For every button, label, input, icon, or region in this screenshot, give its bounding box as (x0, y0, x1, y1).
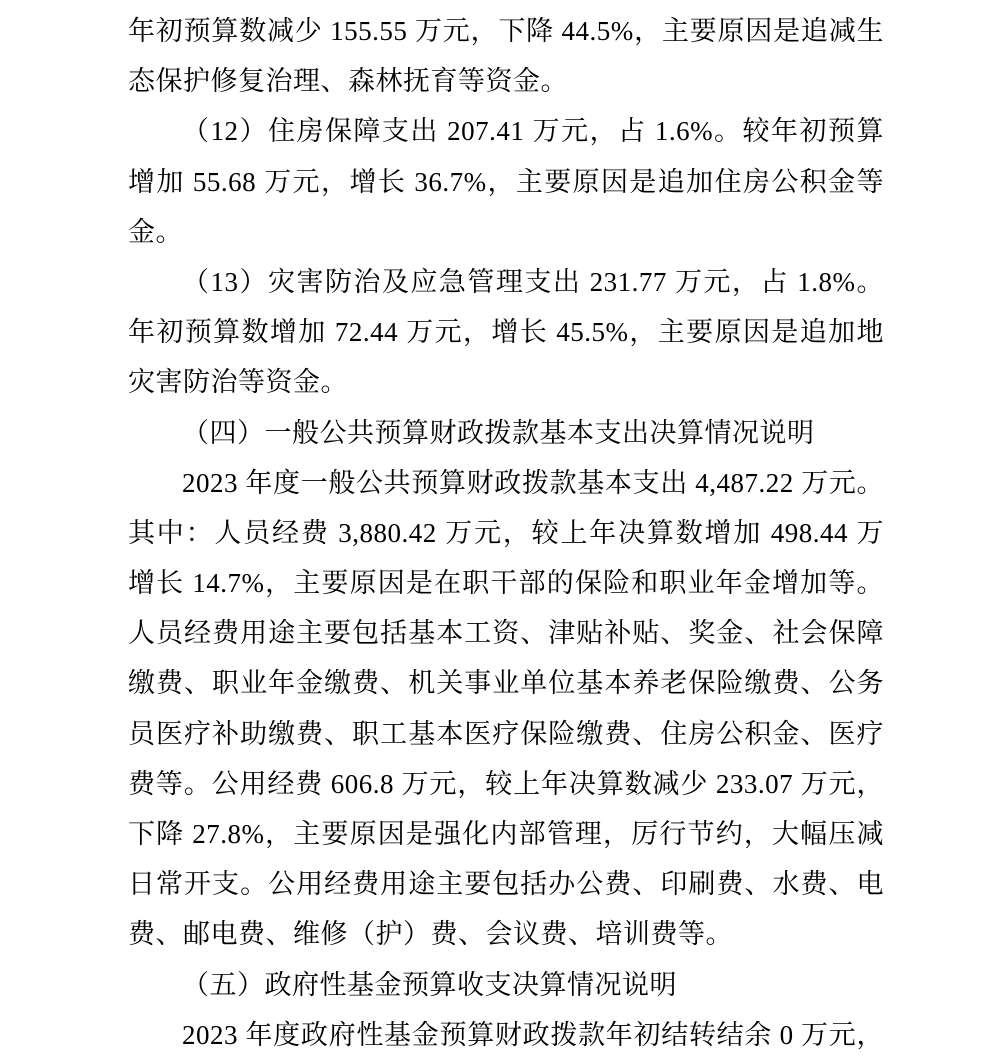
text-line: 员医疗补助缴费、职工基本医疗保险缴费、住房公积金、医疗 (128, 709, 884, 759)
text-line: 2023 年度政府性基金预算财政拨款年初结转结余 0 万元， (128, 1010, 884, 1059)
paragraph-item-13-disaster: （13）灾害防治及应急管理支出 231.77 万元，占 1.8%。较 年初预算数… (128, 257, 884, 408)
text-line: 费、邮电费、维修（护）费、会议费、培训费等。 (128, 909, 884, 959)
paragraph-item-12-housing: （12）住房保障支出 207.41 万元，占 1.6%。较年初预算数 增加 55… (128, 106, 884, 257)
text-line: （13）灾害防治及应急管理支出 231.77 万元，占 1.8%。较 (128, 257, 884, 307)
text-line: 金。 (128, 207, 884, 257)
text-line: 态保护修复治理、森林抚育等资金。 (128, 56, 884, 106)
text-line: 下降 27.8%，主要原因是强化内部管理，厉行节约，大幅压减 (128, 809, 884, 859)
text-line: 2023 年度一般公共预算财政拨款基本支出 4,487.22 万元。 (128, 458, 884, 508)
text-line: 人员经费用途主要包括基本工资、津贴补贴、奖金、社会保障 (128, 608, 884, 658)
text-line: 年初预算数减少 155.55 万元，下降 44.5%，主要原因是追减生 (128, 6, 884, 56)
text-line: （12）住房保障支出 207.41 万元，占 1.6%。较年初预算数 (128, 106, 884, 156)
text-line: 增加 55.68 万元，增长 36.7%，主要原因是追加住房公积金等资 (128, 157, 884, 207)
section-heading-text: （四）一般公共预算财政拨款基本支出决算情况说明 (128, 408, 884, 458)
document-page: 年初预算数减少 155.55 万元，下降 44.5%，主要原因是追减生 态保护修… (0, 0, 1000, 1059)
text-line: 费等。公用经费 606.8 万元，较上年决算数减少 233.07 万元， (128, 759, 884, 809)
text-line: 缴费、职业年金缴费、机关事业单位基本养老保险缴费、公务 (128, 658, 884, 708)
paragraph-item-11-continuation: 年初预算数减少 155.55 万元，下降 44.5%，主要原因是追减生 态保护修… (128, 6, 884, 106)
section-heading-4: （四）一般公共预算财政拨款基本支出决算情况说明 (128, 408, 884, 458)
text-line: 日常开支。公用经费用途主要包括办公费、印刷费、水费、电 (128, 859, 884, 909)
paragraph-section-4-body: 2023 年度一般公共预算财政拨款基本支出 4,487.22 万元。 其中：人员… (128, 458, 884, 960)
text-line: 增长 14.7%，主要原因是在职干部的保险和职业年金增加等。 (128, 558, 884, 608)
text-line: 灾害防治等资金。 (128, 357, 884, 407)
paragraph-section-5-body: 2023 年度政府性基金预算财政拨款年初结转结余 0 万元， (128, 1010, 884, 1059)
text-line: 其中：人员经费 3,880.42 万元，较上年决算数增加 498.44 万元， (128, 508, 884, 558)
section-heading-5: （五）政府性基金预算收支决算情况说明 (128, 960, 884, 1010)
text-line: 年初预算数增加 72.44 万元，增长 45.5%，主要原因是追加地质 (128, 307, 884, 357)
section-heading-text: （五）政府性基金预算收支决算情况说明 (128, 960, 884, 1010)
